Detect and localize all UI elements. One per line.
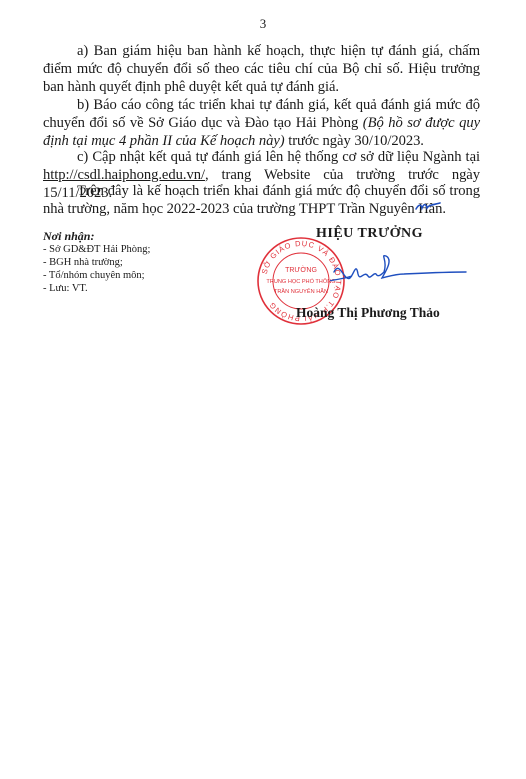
signer-name: Hoàng Thị Phương Thảo [296, 305, 440, 321]
recipient-item: - BGH nhà trường; [43, 256, 150, 269]
page-number: 3 [0, 16, 526, 32]
recipient-item: - Sở GD&ĐT Hải Phòng; [43, 243, 150, 256]
paragraph-a: a) Ban giám hiệu ban hành kế hoạch, thực… [43, 42, 480, 97]
paragraph-b: b) Báo cáo công tác triển khai tự đánh g… [43, 96, 480, 151]
recipient-item: - Lưu: VT. [43, 282, 150, 295]
recipients-title: Nơi nhận: [43, 229, 150, 243]
svg-text:TRUNG HỌC PHỔ THÔNG: TRUNG HỌC PHỔ THÔNG [266, 278, 335, 285]
svg-text:TRẦN NGUYÊN HÃN: TRẦN NGUYÊN HÃN [274, 287, 328, 295]
recipient-item: - Tổ/nhóm chuyên môn; [43, 269, 150, 282]
database-link[interactable]: http://csdl.haiphong.edu.vn/ [43, 167, 205, 183]
recipients-block: Nơi nhận: - Sở GD&ĐT Hải Phòng; - BGH nh… [43, 229, 150, 295]
handwritten-signature-icon [330, 252, 470, 292]
svg-text:TRƯỜNG: TRƯỜNG [285, 265, 317, 274]
initial-mark-icon [414, 200, 442, 212]
paragraph-b-deadline: trước ngày 30/10/2023. [285, 133, 424, 149]
paragraph-c-text: c) Cập nhật kết quả tự đánh giá lên hệ t… [77, 149, 480, 165]
